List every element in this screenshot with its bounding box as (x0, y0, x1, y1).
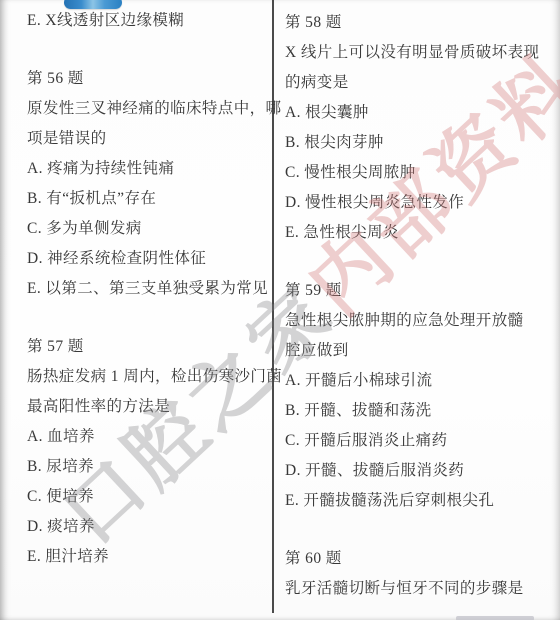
left-column: E. X线透射区边缘模糊 第 56 题 原发性三叉神经痛的临床特点中，哪 项是错… (27, 6, 272, 572)
column-divider (272, 0, 274, 613)
question-stem-line: 最高阳性率的方法是 (27, 392, 272, 422)
option-e: E. 以第二、第三支单独受累为常见 (27, 274, 272, 304)
option-e: E. 急性根尖周炎 (285, 218, 551, 248)
option-d: D. 神经系统检查阴性体征 (27, 244, 272, 274)
question-stem-line: 原发性三叉神经痛的临床特点中，哪 (27, 94, 272, 124)
question-stem-line: 腔应做到 (285, 336, 551, 366)
option-a: A. 根尖囊肿 (285, 98, 551, 128)
question-stem-line: 肠热症发病 1 周内，检出伤寒沙门菌 (27, 362, 272, 392)
option-e: E. 胆汁培养 (27, 542, 272, 572)
question-stem-line: 项是错误的 (27, 124, 272, 154)
cropped-blue-button[interactable] (64, 0, 122, 9)
option-e: E. 开髓拔髓荡洗后穿刺根尖孔 (285, 486, 551, 516)
question-stem-line: X 线片上可以没有明显骨质破坏表现 (285, 38, 551, 68)
question-57: 第 57 题 肠热症发病 1 周内，检出伤寒沙门菌 最高阳性率的方法是 A. 血… (27, 332, 272, 572)
question-stem-line: 急性根尖脓肿期的应急处理开放髓 (285, 306, 551, 336)
stray-option-e: E. X线透射区边缘模糊 (27, 6, 272, 36)
right-column: 第 58 题 X 线片上可以没有明显骨质破坏表现 的病变是 A. 根尖囊肿 B.… (285, 8, 551, 604)
option-b: B. 开髓、拔髓和荡洗 (285, 396, 551, 426)
option-d: D. 慢性根尖周炎急性发作 (285, 188, 551, 218)
option-a: A. 开髓后小棉球引流 (285, 366, 551, 396)
option-d: D. 开髓、拔髓后服消炎药 (285, 456, 551, 486)
option-b: B. 有“扳机点”存在 (27, 184, 272, 214)
option-a: A. 疼痛为持续性钝痛 (27, 154, 272, 184)
cropped-bottom-fragment (456, 616, 534, 620)
option-b: B. 根尖肉芽肿 (285, 128, 551, 158)
question-stem-line: 乳牙活髓切断与恒牙不同的步骤是 (285, 574, 551, 604)
option-a: A. 血培养 (27, 422, 272, 452)
question-stem-line: 的病变是 (285, 68, 551, 98)
question-number: 第 58 题 (285, 8, 551, 38)
option-c: C. 多为单侧发病 (27, 214, 272, 244)
exam-page: 口腔之家内部资料 E. X线透射区边缘模糊 第 56 题 原发性三叉神经痛的临床… (0, 0, 560, 620)
option-c: C. 开髓后服消炎止痛药 (285, 426, 551, 456)
question-number: 第 56 题 (27, 64, 272, 94)
option-b: B. 尿培养 (27, 452, 272, 482)
option-d: D. 痰培养 (27, 512, 272, 542)
question-56: 第 56 题 原发性三叉神经痛的临床特点中，哪 项是错误的 A. 疼痛为持续性钝… (27, 64, 272, 304)
question-number: 第 59 题 (285, 276, 551, 306)
question-60: 第 60 题 乳牙活髓切断与恒牙不同的步骤是 (285, 544, 551, 604)
question-number: 第 57 题 (27, 332, 272, 362)
option-c: C. 便培养 (27, 482, 272, 512)
question-number: 第 60 题 (285, 544, 551, 574)
question-59: 第 59 题 急性根尖脓肿期的应急处理开放髓 腔应做到 A. 开髓后小棉球引流 … (285, 276, 551, 516)
option-c: C. 慢性根尖周脓肿 (285, 158, 551, 188)
question-58: 第 58 题 X 线片上可以没有明显骨质破坏表现 的病变是 A. 根尖囊肿 B.… (285, 8, 551, 248)
